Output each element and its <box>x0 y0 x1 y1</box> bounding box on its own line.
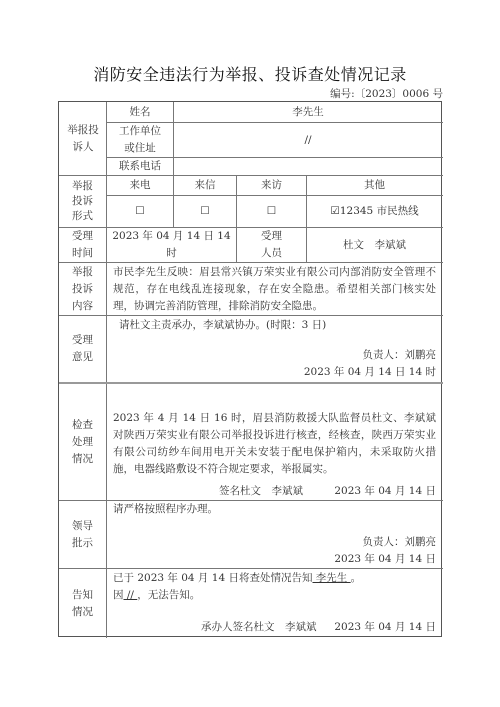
phone-value <box>174 158 442 175</box>
form-col-phone: 来电 <box>107 176 173 195</box>
work-address-label: 工作单位 或住址 <box>107 123 173 157</box>
form-col-letter: 来信 <box>174 176 236 195</box>
notice-line-2: 因 // ，无法告知。 <box>113 587 443 604</box>
inspection-text: 2023 年 4 月 14 日 16 时，眉县消防救援大队监督员杜文、李斌斌对陕… <box>107 410 442 478</box>
accept-staff-label: 受理 人员 <box>237 228 306 262</box>
form-col-other: 其他 <box>307 176 442 195</box>
leader-date: 2023 年 04 月 14 日 <box>107 551 442 568</box>
document-number: 编号:〔2023〕0006 号 <box>330 86 443 101</box>
notified-person: 李先生 <box>312 572 350 584</box>
accept-time-value: 2023 年 04 月 14 日 14 时 <box>107 228 236 262</box>
phone-label: 联系电话 <box>107 158 173 175</box>
inspection-date: 2023 年 04 月 14 日 <box>319 483 442 500</box>
notice-label: 告知 情况 <box>59 569 106 638</box>
checkbox-other-hotline[interactable]: ☑12345 市民热线 <box>307 196 442 227</box>
opinion-responsible: 负责人：刘鹏亮 <box>107 347 442 364</box>
record-table: 举报投诉人 姓名 李先生 工作单位 或住址 // 联系电话 举报 投诉 形式 来… <box>58 101 442 637</box>
reporter-section-label: 举报投诉人 <box>59 102 107 175</box>
work-address-value: // <box>174 123 442 157</box>
complaint-form-label: 举报 投诉 形式 <box>59 176 106 227</box>
name-label: 姓名 <box>107 102 173 122</box>
notice-line-1: 已于 2023 年 04 月 14 日将查处情况告知 李先生 。 <box>113 570 443 587</box>
opinion-date: 2023 年 04 月 14 日 14 时 <box>107 364 442 381</box>
leader-label: 领导 批示 <box>59 501 106 568</box>
accept-staff-value: 杜文 李斌斌 <box>307 228 442 262</box>
name-value: 李先生 <box>174 102 442 122</box>
inspection-label: 检查 处理 情况 <box>59 384 106 500</box>
notice-reason: // <box>124 589 138 601</box>
leader-text: 请严格按照程序办理。 <box>113 501 433 518</box>
accept-time-label: 受理 时间 <box>59 228 106 262</box>
leader-responsible: 负责人：刘鹏亮 <box>107 534 442 551</box>
document-title: 消防安全违法行为举报、投诉查处情况记录 <box>0 62 500 85</box>
content-text: 市民李先生反映：眉县常兴镇万荣实业有限公司内部消防安全管理不规范，存在电线乱连接… <box>107 264 442 315</box>
checkbox-phone[interactable]: ☐ <box>107 196 173 227</box>
opinion-label: 受理 意见 <box>59 316 106 382</box>
content-label: 举报 投诉 内容 <box>59 263 106 315</box>
notice-date: 2023 年 04 月 14 日 <box>319 619 442 636</box>
checkbox-letter[interactable]: ☐ <box>174 196 236 227</box>
checkbox-visit[interactable]: ☐ <box>237 196 306 227</box>
opinion-text: 请杜文主责承办，李斌斌协办。(时限：3 日) <box>119 317 439 334</box>
form-col-visit: 来访 <box>237 176 306 195</box>
